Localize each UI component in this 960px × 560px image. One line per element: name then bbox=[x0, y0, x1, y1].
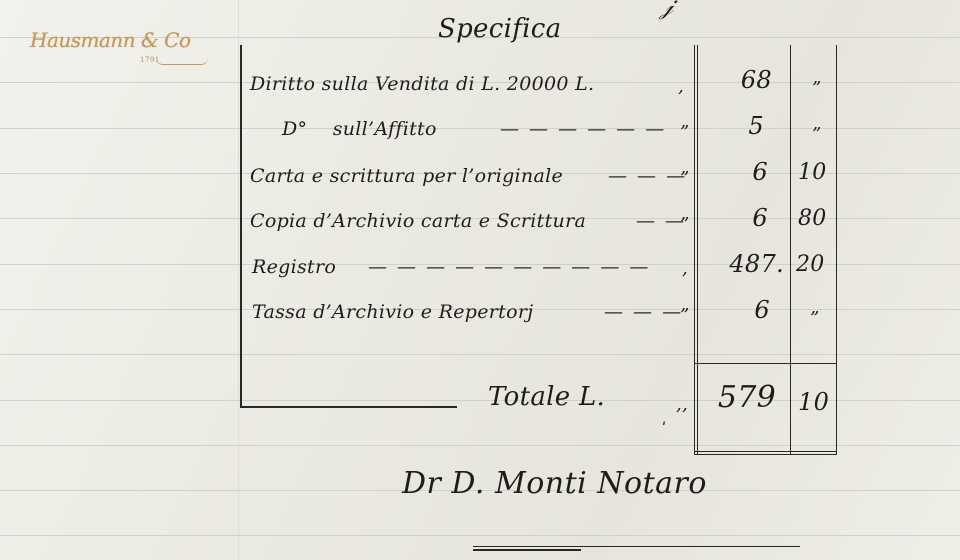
row-lire: 6 bbox=[712, 204, 768, 232]
row-lire: 5 bbox=[712, 112, 764, 140]
row-lire: 68 bbox=[712, 66, 772, 94]
row-description: Tassa d’Archivio e Repertorj bbox=[252, 301, 533, 323]
row-centesimi: ” bbox=[812, 124, 822, 145]
top-cut-stroke: 𝒿 bbox=[660, 0, 673, 20]
row-lire: 6 bbox=[712, 296, 770, 324]
row-end-mark: , bbox=[678, 76, 684, 97]
total-centesimi: 10 bbox=[798, 388, 829, 416]
row-end-mark: ” bbox=[680, 214, 690, 235]
total-label: Totale L. bbox=[488, 382, 605, 412]
row-centesimi: 20 bbox=[796, 252, 825, 277]
row-end-mark: , bbox=[682, 258, 688, 279]
row-centesimi: 10 bbox=[798, 160, 827, 185]
row-end-mark: ” bbox=[680, 122, 690, 143]
letterhead-logo: Hausmann & Co 1791 bbox=[30, 26, 205, 72]
row-lire: 6 bbox=[712, 158, 768, 186]
total-lire: 579 bbox=[700, 380, 776, 415]
row-leader: — — — bbox=[608, 165, 687, 187]
row-description: Registro bbox=[252, 256, 336, 278]
row-centesimi: ” bbox=[812, 78, 822, 99]
row-centesimi: ” bbox=[810, 308, 820, 329]
row-description: Diritto sulla Vendita di L. 20000 L. bbox=[250, 73, 594, 95]
row-leader: — — — — — — — — — — bbox=[368, 256, 650, 278]
notary-signature: Dr D. Monti Notaro bbox=[402, 466, 707, 501]
row-lire: 487. bbox=[700, 250, 784, 278]
row-description: Copia d’Archivio carta e Scrittura bbox=[250, 210, 586, 232]
total-end-mark: ,, bbox=[676, 394, 688, 415]
logo-swash bbox=[156, 58, 208, 65]
top-cut-stroke: ⁀ bbox=[325, 0, 340, 11]
logo-brand: Hausmann & Co bbox=[30, 28, 191, 52]
row-end-mark: ” bbox=[680, 305, 690, 326]
row-leader: — — bbox=[636, 210, 686, 232]
row-description: D° sull’Affitto bbox=[282, 118, 437, 140]
row-leader: — — — — — — bbox=[500, 118, 666, 140]
row-leader: — — — bbox=[604, 301, 683, 323]
margin-line bbox=[238, 0, 239, 560]
row-description: Carta e scrittura per l’originale bbox=[250, 165, 563, 187]
ink-tick-mark: ˈ bbox=[662, 420, 666, 436]
document-title: Specifica bbox=[438, 14, 561, 44]
row-end-mark: ” bbox=[680, 168, 690, 189]
row-centesimi: 80 bbox=[798, 206, 827, 231]
